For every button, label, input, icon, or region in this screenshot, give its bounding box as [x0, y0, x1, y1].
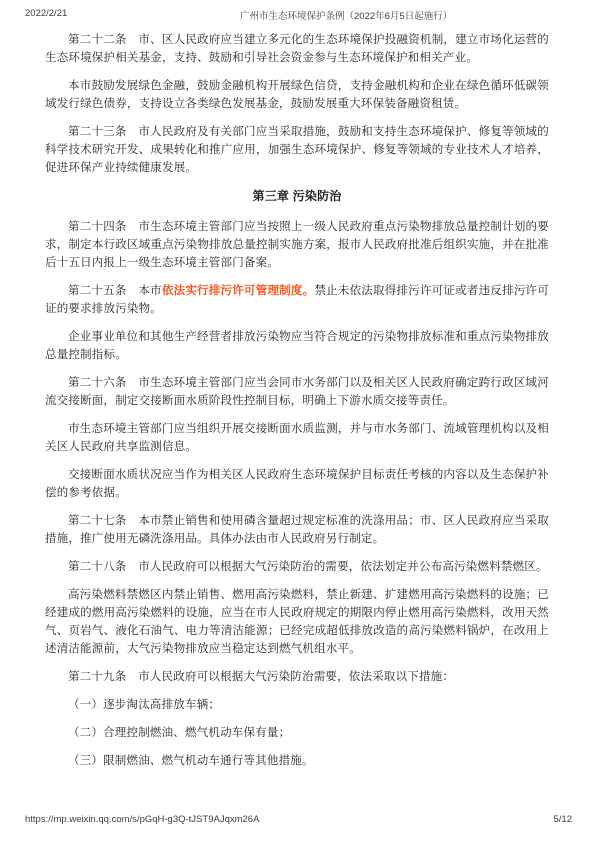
paragraph-emission-standards: 企业事业单位和其他生产经营者排放污染物应当符合规定的污染物排放标准和重点污染物排…	[45, 328, 549, 364]
list-item-3: （三）限制燃油、燃气机动车通行等其他措施。	[45, 752, 549, 770]
document-title: 广州市生态环境保护条例（2022年6月5日起施行）	[240, 8, 452, 22]
paragraph-article-29: 第二十九条 市人民政府可以根据大气污染防治需要，依法采取以下措施：	[45, 668, 549, 686]
article-25-prefix: 第二十五条 本市	[68, 285, 162, 297]
paragraph-article-24: 第二十四条 市生态环境主管部门应当按照上一级人民政府重点污染物排放总量控制计划的…	[45, 218, 549, 272]
paragraph-article-25: 第二十五条 本市依法实行排污许可管理制度。禁止未依法取得排污许可证或者违反排污许…	[45, 282, 549, 318]
paragraph-article-23: 第二十三条 市人民政府及有关部门应当采取措施，鼓励和支持生态环境保护、修复等领域…	[45, 123, 549, 177]
source-url: https://mp.weixin.qq.com/s/pGqH-g3Q-tJST…	[25, 814, 259, 825]
list-item-1: （一）逐步淘汰高排放车辆；	[45, 696, 549, 714]
chapter-heading: 第三章 污染防治	[45, 187, 549, 205]
print-page: 2022/2/21 广州市生态环境保护条例（2022年6月5日起施行） 第二十二…	[0, 0, 594, 841]
document-body: 第二十二条 市、区人民政府应当建立多元化的生态环境保护投融资机制，建立市场化运营…	[45, 31, 549, 780]
paragraph-article-27: 第二十七条 本市禁止销售和使用磷含量超过规定标准的洗涤用品；市、区人民政府应当采…	[45, 512, 549, 548]
paragraph-water-monitoring: 市生态环境主管部门应当组织开展交接断面水质监测，并与市水务部门、流域管理机构以及…	[45, 420, 549, 456]
paragraph-green-finance: 本市鼓励发展绿色金融，鼓励金融机构开展绿色信贷，支持金融机构和企业在绿色循环低碳…	[45, 77, 549, 113]
paragraph-article-28: 第二十八条 市人民政府可以根据大气污染防治的需要，依法划定并公布高污染燃料禁燃区…	[45, 558, 549, 576]
paragraph-article-22: 第二十二条 市、区人民政府应当建立多元化的生态环境保护投融资机制，建立市场化运营…	[45, 31, 549, 67]
paragraph-article-26: 第二十六条 市生态环境主管部门应当会同市水务部门以及相关区人民政府确定跨行政区域…	[45, 374, 549, 410]
paragraph-assessment-basis: 交接断面水质状况应当作为相关区人民政府生态环境保护目标责任考核的内容以及生态保护…	[45, 466, 549, 502]
highlighted-clause: 依法实行排污许可管理制度。	[162, 285, 315, 297]
list-item-2: （二）合理控制燃油、燃气机动车保有量；	[45, 724, 549, 742]
paragraph-no-burn-zone: 高污染燃料禁燃区内禁止销售、燃用高污染燃料，禁止新建、扩建燃用高污染燃料的设施；…	[45, 586, 549, 658]
print-date: 2022/2/21	[25, 8, 67, 19]
page-number: 5/12	[554, 814, 573, 825]
